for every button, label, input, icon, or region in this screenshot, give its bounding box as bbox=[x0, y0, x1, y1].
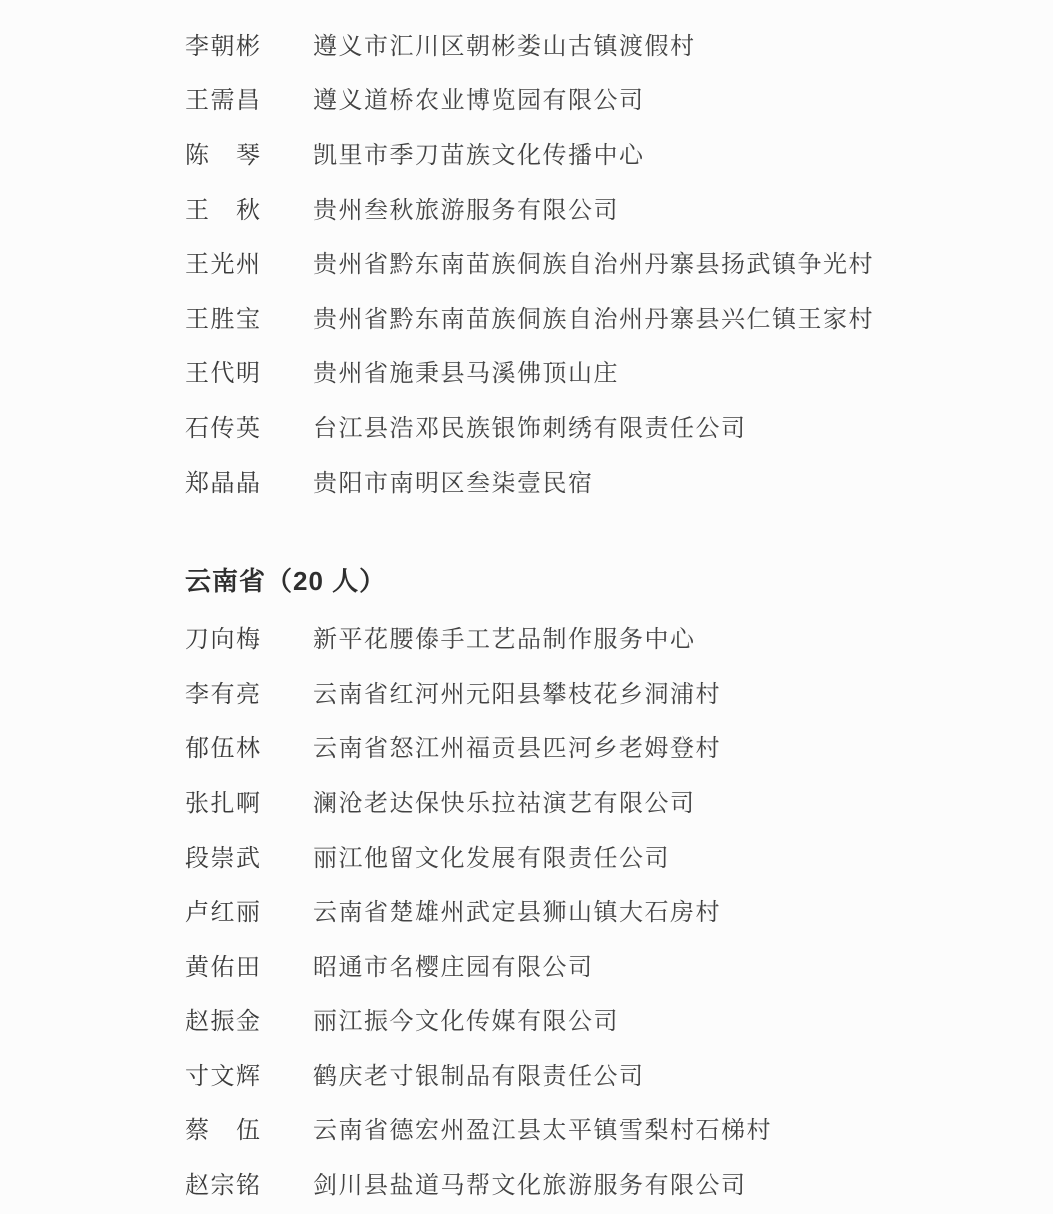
entry-organization: 贵州省黔东南苗族侗族自治州丹寨县扬武镇争光村 bbox=[313, 244, 874, 279]
entry-row: 王代明 贵州省施秉县马溪佛顶山庄 bbox=[185, 344, 1053, 399]
entry-row: 赵振金 丽江振今文化传媒有限公司 bbox=[185, 992, 1053, 1047]
entry-row: 陈 琴 凯里市季刀苗族文化传播中心 bbox=[185, 125, 1053, 180]
entry-name: 赵宗铭 bbox=[185, 1165, 267, 1200]
entry-organization: 鹤庆老寸银制品有限责任公司 bbox=[313, 1056, 645, 1091]
entry-row: 段崇武 丽江他留文化发展有限责任公司 bbox=[185, 828, 1053, 883]
entry-row: 赵宗铭 剑川县盐道马帮文化旅游服务有限公司 bbox=[185, 1155, 1053, 1210]
entry-organization: 贵州省黔东南苗族侗族自治州丹寨县兴仁镇王家村 bbox=[313, 299, 874, 334]
entry-organization: 云南省楚雄州武定县狮山镇大石房村 bbox=[313, 892, 721, 927]
entry-name: 李有亮 bbox=[185, 674, 267, 709]
section-title: 云南省（20 人） bbox=[185, 557, 1053, 601]
entry-organization: 云南省德宏州盈江县太平镇雪梨村石梯村 bbox=[313, 1110, 772, 1145]
entry-organization: 丽江振今文化传媒有限公司 bbox=[313, 1001, 619, 1036]
entry-row: 石传英 台江县浩邓民族银饰刺绣有限责任公司 bbox=[185, 398, 1053, 453]
entry-name: 王胜宝 bbox=[185, 299, 267, 334]
entry-organization: 贵阳市南明区叁柒壹民宿 bbox=[313, 463, 594, 498]
entry-name: 王光州 bbox=[185, 244, 267, 279]
entry-organization: 台江县浩邓民族银饰刺绣有限责任公司 bbox=[313, 408, 747, 443]
entry-organization: 新平花腰傣手工艺品制作服务中心 bbox=[313, 619, 696, 654]
entry-row: 王光州 贵州省黔东南苗族侗族自治州丹寨县扬武镇争光村 bbox=[185, 234, 1053, 289]
entry-organization: 遵义市汇川区朝彬娄山古镇渡假村 bbox=[313, 26, 696, 61]
entry-organization: 凯里市季刀苗族文化传播中心 bbox=[313, 135, 645, 170]
entry-row: 刀向梅 新平花腰傣手工艺品制作服务中心 bbox=[185, 609, 1053, 664]
entry-name: 刀向梅 bbox=[185, 619, 267, 654]
entry-organization: 遵义道桥农业博览园有限公司 bbox=[313, 80, 645, 115]
entry-name: 张扎啊 bbox=[185, 783, 267, 818]
entry-organization: 贵州省施秉县马溪佛顶山庄 bbox=[313, 353, 619, 388]
entry-row: 郑晶晶 贵阳市南明区叁柒壹民宿 bbox=[185, 453, 1053, 508]
entry-name: 蔡 伍 bbox=[185, 1110, 267, 1145]
entry-row: 王胜宝 贵州省黔东南苗族侗族自治州丹寨县兴仁镇王家村 bbox=[185, 289, 1053, 344]
entry-name: 郁伍林 bbox=[185, 728, 267, 763]
entry-name: 段崇武 bbox=[185, 838, 267, 873]
entry-row: 卢红丽 云南省楚雄州武定县狮山镇大石房村 bbox=[185, 882, 1053, 937]
entry-organization: 澜沧老达保快乐拉祜演艺有限公司 bbox=[313, 783, 696, 818]
entry-row: 蔡 伍 云南省德宏州盈江县太平镇雪梨村石梯村 bbox=[185, 1101, 1053, 1156]
entry-organization: 丽江他留文化发展有限责任公司 bbox=[313, 838, 670, 873]
entry-name: 卢红丽 bbox=[185, 892, 267, 927]
entry-name: 王需昌 bbox=[185, 80, 267, 115]
entry-name: 石传英 bbox=[185, 408, 267, 443]
entry-organization: 剑川县盐道马帮文化旅游服务有限公司 bbox=[313, 1165, 747, 1200]
document-page: 李朝彬 遵义市汇川区朝彬娄山古镇渡假村 王需昌 遵义道桥农业博览园有限公司 陈 … bbox=[0, 0, 1053, 1214]
entry-row: 张扎啊 澜沧老达保快乐拉祜演艺有限公司 bbox=[185, 773, 1053, 828]
entry-name: 寸文辉 bbox=[185, 1056, 267, 1091]
section-guizhou-continuation: 李朝彬 遵义市汇川区朝彬娄山古镇渡假村 王需昌 遵义道桥农业博览园有限公司 陈 … bbox=[185, 16, 1053, 507]
entry-row: 李朝彬 遵义市汇川区朝彬娄山古镇渡假村 bbox=[185, 16, 1053, 71]
entry-name: 李朝彬 bbox=[185, 26, 267, 61]
entry-organization: 贵州叁秋旅游服务有限公司 bbox=[313, 190, 619, 225]
entry-organization: 云南省怒江州福贡县匹河乡老姆登村 bbox=[313, 728, 721, 763]
entry-organization: 昭通市名樱庄园有限公司 bbox=[313, 947, 594, 982]
entry-name: 王 秋 bbox=[185, 190, 267, 225]
entry-row: 王 秋 贵州叁秋旅游服务有限公司 bbox=[185, 180, 1053, 235]
entry-name: 王代明 bbox=[185, 353, 267, 388]
entry-row: 王需昌 遵义道桥农业博览园有限公司 bbox=[185, 71, 1053, 126]
entry-organization: 云南省红河州元阳县攀枝花乡洞浦村 bbox=[313, 674, 721, 709]
entry-row: 郁伍林 云南省怒江州福贡县匹河乡老姆登村 bbox=[185, 719, 1053, 774]
entry-name: 陈 琴 bbox=[185, 135, 267, 170]
entry-name: 郑晶晶 bbox=[185, 463, 267, 498]
entry-row: 李有亮 云南省红河州元阳县攀枝花乡洞浦村 bbox=[185, 664, 1053, 719]
entry-row: 寸文辉 鹤庆老寸银制品有限责任公司 bbox=[185, 1046, 1053, 1101]
entry-row: 黄佑田 昭通市名樱庄园有限公司 bbox=[185, 937, 1053, 992]
entry-name: 黄佑田 bbox=[185, 947, 267, 982]
section-yunnan: 云南省（20 人） 刀向梅 新平花腰傣手工艺品制作服务中心 李有亮 云南省红河州… bbox=[185, 557, 1053, 1210]
entry-name: 赵振金 bbox=[185, 1001, 267, 1036]
